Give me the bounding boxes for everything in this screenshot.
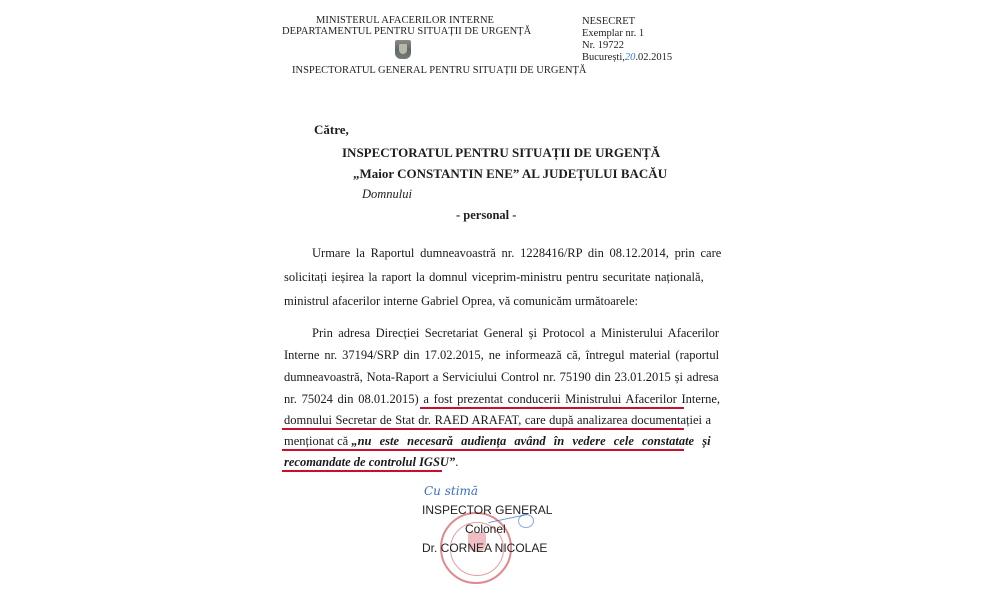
- handwritten-note: Cu stimă: [424, 484, 478, 498]
- red-underline: [282, 449, 684, 451]
- addressee-to: Către,: [314, 122, 349, 138]
- paragraph2-line-3: dumneavoastră, Nota-Raport a Serviciului…: [284, 370, 719, 385]
- classification-level: NESECRET: [582, 16, 635, 29]
- paragraph1-line-2: solicitați ieșirea la raport la domnul v…: [284, 270, 704, 285]
- paragraph2-line-4: nr. 75024 din 08.01.2015) a fost prezent…: [284, 392, 720, 407]
- institution-line-1: INSPECTORATUL PENTRU SITUAȚII DE URGENȚĂ: [342, 145, 660, 161]
- paragraph2-line-5: domnului Secretar de Stat dr. RAED ARAFA…: [284, 413, 711, 428]
- paragraph2-line-2: Interne nr. 37194/SRP din 17.02.2015, ne…: [284, 348, 719, 363]
- paragraph2-line-6: menționat că „nu este necesară audiența …: [284, 434, 711, 449]
- red-underline: [420, 407, 684, 409]
- signatory-title: INSPECTOR GENERAL: [422, 503, 552, 517]
- place: București,: [582, 52, 625, 63]
- quoted-statement: „nu este necesară audiența având în vede…: [351, 434, 710, 448]
- department-name: DEPARTAMENTUL PENTRU SITUAȚII DE URGENȚĂ: [282, 26, 528, 38]
- red-underline: [282, 470, 442, 472]
- place-date: București,20.02.2015: [582, 52, 672, 65]
- line6-plain: menționat că: [284, 434, 351, 448]
- registration-number: Nr. 19722: [582, 40, 624, 53]
- paragraph2-line-1: Prin adresa Direcției Secretariat Genera…: [312, 326, 719, 341]
- salutation: Domnului: [362, 187, 412, 202]
- inspectorate-name: INSPECTORATUL GENERAL PENTRU SITUAȚII DE…: [292, 65, 586, 77]
- signatory-name: Dr. CORNEA NICOLAE: [422, 541, 547, 555]
- paragraph2-line-7: recomandate de controlul IGSU”.: [284, 455, 458, 470]
- institution-line-2: „Maior CONSTANTIN ENE” AL JUDEȚULUI BACĂ…: [353, 166, 667, 182]
- coat-of-arms-icon: [395, 40, 411, 59]
- paragraph1-line-3: ministrul afacerilor interne Gabriel Opr…: [284, 294, 638, 309]
- handwritten-day: 20: [625, 52, 636, 63]
- date-suffix: .02.2015: [635, 52, 672, 63]
- line7-end: .: [455, 455, 458, 469]
- quoted-statement-end: recomandate de controlul IGSU”: [284, 455, 455, 469]
- red-underline: [282, 428, 684, 430]
- signatory-rank: Colonel: [465, 522, 506, 536]
- personal-mark: - personal -: [456, 208, 516, 223]
- line4-plain: nr. 75024 din 08.01.2015): [284, 392, 423, 406]
- line4-underlined: a fost prezentat conducerii Ministrului …: [423, 392, 720, 406]
- paragraph1-line-1: Urmare la Raportul dumneavoastră nr. 122…: [312, 246, 721, 261]
- copy-number: Exemplar nr. 1: [582, 28, 644, 41]
